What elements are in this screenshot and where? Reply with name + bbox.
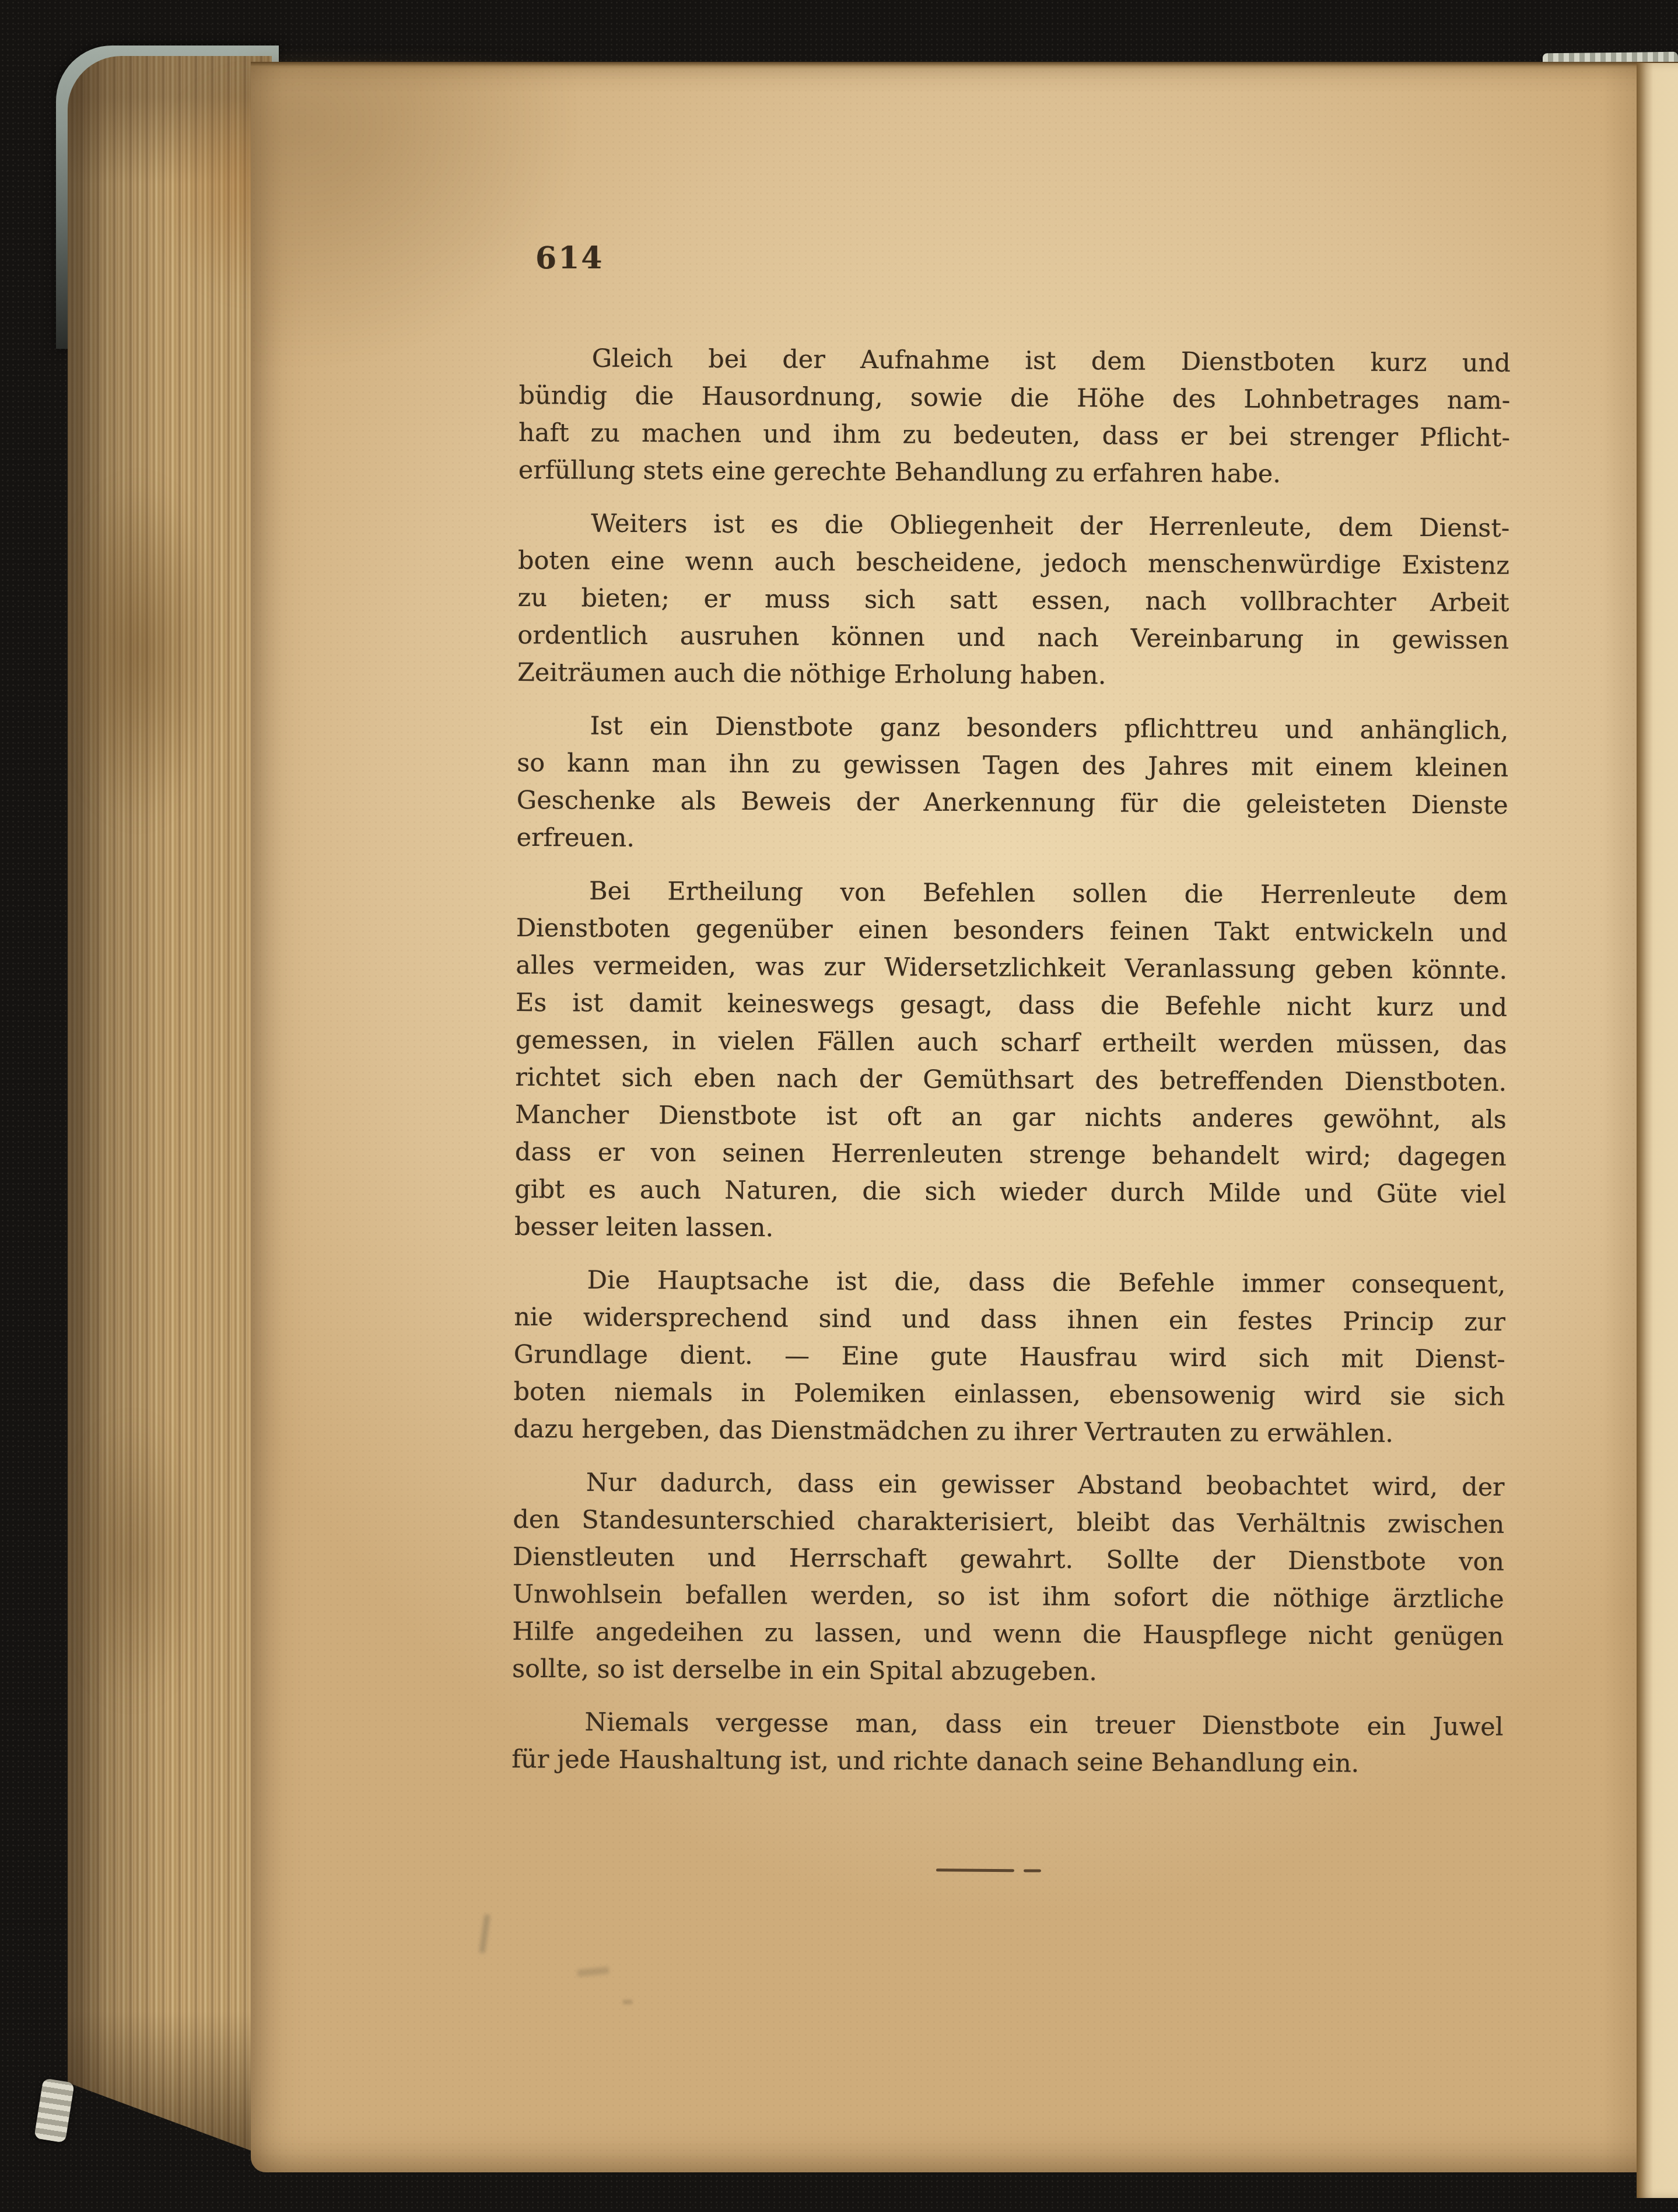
text-line: Unwohlsein befallen werden, so ist ihm s… bbox=[513, 1576, 1504, 1618]
text-line: Geschenke als Beweis der Anerkennung für… bbox=[517, 782, 1508, 824]
paragraph: Nur dadurch, dass ein gewisser Abstand b… bbox=[512, 1464, 1505, 1693]
divider-rule-long bbox=[936, 1868, 1014, 1872]
text-line: Die Hauptsache ist die, dass die Befehle… bbox=[514, 1261, 1505, 1304]
text-line: Es ist damit keineswegs gesagt, dass die… bbox=[516, 984, 1507, 1027]
text-line: Nur dadurch, dass ein gewisser Abstand b… bbox=[513, 1464, 1505, 1506]
text-line: Ist ein Dienstbote ganz besonders pflich… bbox=[517, 707, 1508, 750]
text-line: besser leiten lassen. bbox=[514, 1208, 1506, 1251]
paragraph: Niemals vergesse man, dass ein treuer Di… bbox=[512, 1703, 1504, 1783]
adjacent-page-edge bbox=[1637, 63, 1678, 2198]
text-line: Weiters ist es die Obliegenheit der Herr… bbox=[518, 505, 1509, 547]
paper-smudge bbox=[623, 2000, 632, 2004]
page-edge-stain bbox=[62, 1415, 202, 1707]
text-line: boten niemals in Polemiken einlassen, eb… bbox=[513, 1373, 1505, 1416]
text-line: nie widersprechend sind und dass ihnen e… bbox=[514, 1298, 1505, 1341]
page-edge-stack bbox=[68, 56, 272, 2158]
text-line: Hilfe angedeihen zu lassen, und wenn die… bbox=[512, 1613, 1504, 1655]
paper-smudge bbox=[577, 1966, 609, 1977]
text-line: dass er von seinen Herrenleuten strenge … bbox=[515, 1133, 1507, 1176]
page-number: 614 bbox=[535, 240, 604, 276]
text-line: Niemals vergesse man, dass ein treuer Di… bbox=[512, 1703, 1503, 1746]
text-line: boten eine wenn auch bescheidene, jedoch… bbox=[518, 542, 1509, 584]
text-line: bündig die Hausordnung, sowie die Höhe d… bbox=[519, 377, 1510, 419]
text-line: richtet sich eben nach der Gemüthsart de… bbox=[515, 1059, 1507, 1101]
text-line: erfüllung stets eine gerechte Behandlung… bbox=[519, 452, 1510, 494]
page-edge-stain bbox=[56, 476, 219, 826]
text-line: Bei Ertheilung von Befehlen sollen die H… bbox=[516, 872, 1508, 915]
text-line: sollte, so ist derselbe in ein Spital ab… bbox=[512, 1650, 1504, 1693]
paragraph: Bei Ertheilung von Befehlen sollen die H… bbox=[514, 872, 1508, 1251]
tailband-bottom-icon bbox=[34, 2078, 75, 2143]
section-divider bbox=[936, 1868, 1047, 1873]
page-corner-shadow bbox=[251, 62, 577, 365]
text-line: gemessen, in vielen Fällen auch scharf e… bbox=[516, 1021, 1507, 1064]
divider-rule-short bbox=[1024, 1869, 1041, 1872]
text-line: Dienstleuten und Herrschaft gewahrt. Sol… bbox=[513, 1538, 1504, 1581]
paragraph: Die Hauptsache ist die, dass die Befehle… bbox=[513, 1261, 1506, 1453]
text-line: Gleich bei der Aufnahme ist dem Dienstbo… bbox=[519, 339, 1511, 382]
photo-background: 614 Gleich bei der Aufnahme ist dem Dien… bbox=[0, 0, 1678, 2212]
text-line: Mancher Dienstbote ist oft an gar nichts… bbox=[515, 1096, 1507, 1139]
text-line: Zeiträumen auch die nöthige Erholung hab… bbox=[517, 654, 1509, 696]
text-line: den Standesunterschied charakterisiert, … bbox=[513, 1501, 1504, 1543]
text-line: erfreuen. bbox=[516, 819, 1508, 862]
book-page: 614 Gleich bei der Aufnahme ist dem Dien… bbox=[251, 62, 1678, 2172]
paragraph: Ist ein Dienstbote ganz besonders pflich… bbox=[516, 707, 1508, 862]
text-line: für jede Haushaltung ist, und richte dan… bbox=[512, 1741, 1503, 1783]
text-line: ordentlich ausruhen können und nach Vere… bbox=[517, 617, 1509, 659]
text-line: Dienstboten gegenüber einen besonders fe… bbox=[516, 909, 1508, 952]
paragraph: Gleich bei der Aufnahme ist dem Dienstbo… bbox=[519, 339, 1511, 494]
text-line: Grundlage dient. — Eine gute Hausfrau wi… bbox=[514, 1336, 1505, 1378]
text-line: zu bieten; er muss sich satt essen, nach… bbox=[518, 579, 1509, 622]
text-block: Gleich bei der Aufnahme ist dem Dienstbo… bbox=[512, 339, 1511, 1783]
text-line: so kann man ihn zu gewissen Tagen des Ja… bbox=[517, 744, 1508, 787]
text-line: alles vermeiden, was zur Widersetzlichke… bbox=[516, 947, 1507, 989]
text-line: gibt es auch Naturen, die sich wieder du… bbox=[514, 1171, 1506, 1213]
paragraph: Weiters ist es die Obliegenheit der Herr… bbox=[517, 505, 1510, 696]
text-line: dazu hergeben, das Dienstmädchen zu ihre… bbox=[513, 1410, 1505, 1453]
text-line: haft zu machen und ihm zu bedeuten, dass… bbox=[519, 414, 1510, 457]
paper-smudge bbox=[479, 1915, 490, 1954]
